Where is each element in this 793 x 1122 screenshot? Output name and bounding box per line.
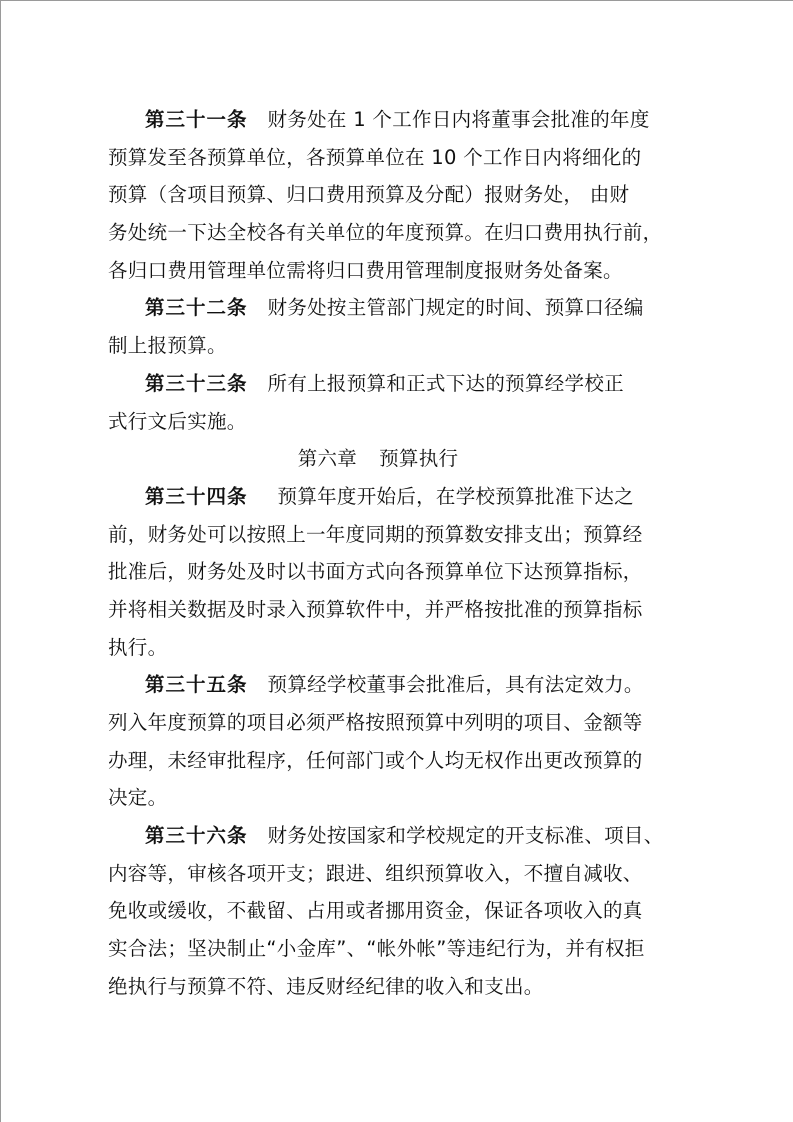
article-line: 并将相关数据及时录入预算软件中，并严格按批准的预算指标 bbox=[108, 591, 688, 629]
article-text: 财务处在 1 个工作日内将董事会批准的年度 bbox=[268, 108, 650, 131]
article-line: 实合法；坚决制止“小金库”、“帐外帐”等违纪行为，并有权拒 bbox=[108, 930, 688, 968]
article-label: 第三十二条 bbox=[145, 296, 248, 319]
article-line: 免收或缓收，不截留、占用或者挪用资金，保证各项收入的真 bbox=[108, 892, 688, 930]
article-text: 财务处按国家和学校规定的开支标准、项目、 bbox=[268, 824, 664, 847]
article-line: 列入年度预算的项目必须严格按照预算中列明的项目、金额等 bbox=[108, 704, 688, 742]
article-line: 办理，未经审批程序，任何部门或个人均无权作出更改预算的 bbox=[108, 742, 688, 780]
article-label: 第三十一条 bbox=[145, 108, 248, 131]
article-text: 所有上报预算和正式下达的预算经学校正 bbox=[268, 372, 624, 395]
article-34: 第三十四条预算年度开始后，在学校预算批准下达之 前，财务处可以按照上一年度同期的… bbox=[108, 478, 688, 666]
article-label: 第三十四条 bbox=[145, 485, 248, 508]
article-33: 第三十三条所有上报预算和正式下达的预算经学校正 式行文后实施。 bbox=[108, 365, 688, 440]
article-text: 财务处按主管部门规定的时间、预算口径编 bbox=[268, 296, 644, 319]
article-35: 第三十五条预算经学校董事会批准后，具有法定效力。 列入年度预算的项目必须严格按照… bbox=[108, 666, 688, 817]
page-border-top bbox=[0, 0, 793, 1]
chapter-title: 预算执行 bbox=[379, 447, 458, 470]
article-line: 预算（含项目预算、归口费用预算及分配）报财务处， 由财 bbox=[108, 176, 688, 214]
article-36: 第三十六条财务处按国家和学校规定的开支标准、项目、 内容等，审核各项开支；跟进、… bbox=[108, 817, 688, 1005]
page-border-left bbox=[0, 0, 1, 1122]
article-first-line: 第三十六条财务处按国家和学校规定的开支标准、项目、 bbox=[108, 817, 688, 855]
article-label: 第三十三条 bbox=[145, 372, 248, 395]
chapter-heading: 第六章预算执行 bbox=[108, 440, 648, 478]
article-first-line: 第三十四条预算年度开始后，在学校预算批准下达之 bbox=[108, 478, 688, 516]
article-first-line: 第三十三条所有上报预算和正式下达的预算经学校正 bbox=[108, 365, 688, 403]
article-line: 式行文后实施。 bbox=[108, 403, 688, 441]
article-first-line: 第三十五条预算经学校董事会批准后，具有法定效力。 bbox=[108, 666, 688, 704]
article-text: 预算经学校董事会批准后，具有法定效力。 bbox=[268, 673, 644, 696]
article-32: 第三十二条财务处按主管部门规定的时间、预算口径编 制上报预算。 bbox=[108, 289, 688, 364]
article-line: 绝执行与预算不符、违反财经纪律的收入和支出。 bbox=[108, 968, 688, 1006]
article-line: 决定。 bbox=[108, 779, 688, 817]
document-body: 第三十一条财务处在 1 个工作日内将董事会批准的年度 预算发至各预算单位，各预算… bbox=[108, 101, 688, 1006]
article-line: 前，财务处可以按照上一年度同期的预算数安排支出；预算经 bbox=[108, 516, 688, 554]
article-label: 第三十六条 bbox=[145, 824, 248, 847]
article-text: 预算年度开始后，在学校预算批准下达之 bbox=[278, 485, 634, 508]
article-31: 第三十一条财务处在 1 个工作日内将董事会批准的年度 预算发至各预算单位，各预算… bbox=[108, 101, 688, 289]
article-line: 务处统一下达全校各有关单位的年度预算。在归口费用执行前， bbox=[108, 214, 688, 252]
chapter-number: 第六章 bbox=[298, 447, 357, 470]
article-line: 批准后，财务处及时以书面方式向各预算单位下达预算指标， bbox=[108, 553, 688, 591]
article-first-line: 第三十二条财务处按主管部门规定的时间、预算口径编 bbox=[108, 289, 688, 327]
article-line: 各归口费用管理单位需将归口费用管理制度报财务处备案。 bbox=[108, 252, 688, 290]
article-line: 执行。 bbox=[108, 629, 688, 667]
article-line: 制上报预算。 bbox=[108, 327, 688, 365]
article-line: 内容等，审核各项开支；跟进、组织预算收入，不擅自减收、 bbox=[108, 855, 688, 893]
article-first-line: 第三十一条财务处在 1 个工作日内将董事会批准的年度 bbox=[108, 101, 688, 139]
article-line: 预算发至各预算单位，各预算单位在 10 个工作日内将细化的 bbox=[108, 139, 688, 177]
article-label: 第三十五条 bbox=[145, 673, 248, 696]
